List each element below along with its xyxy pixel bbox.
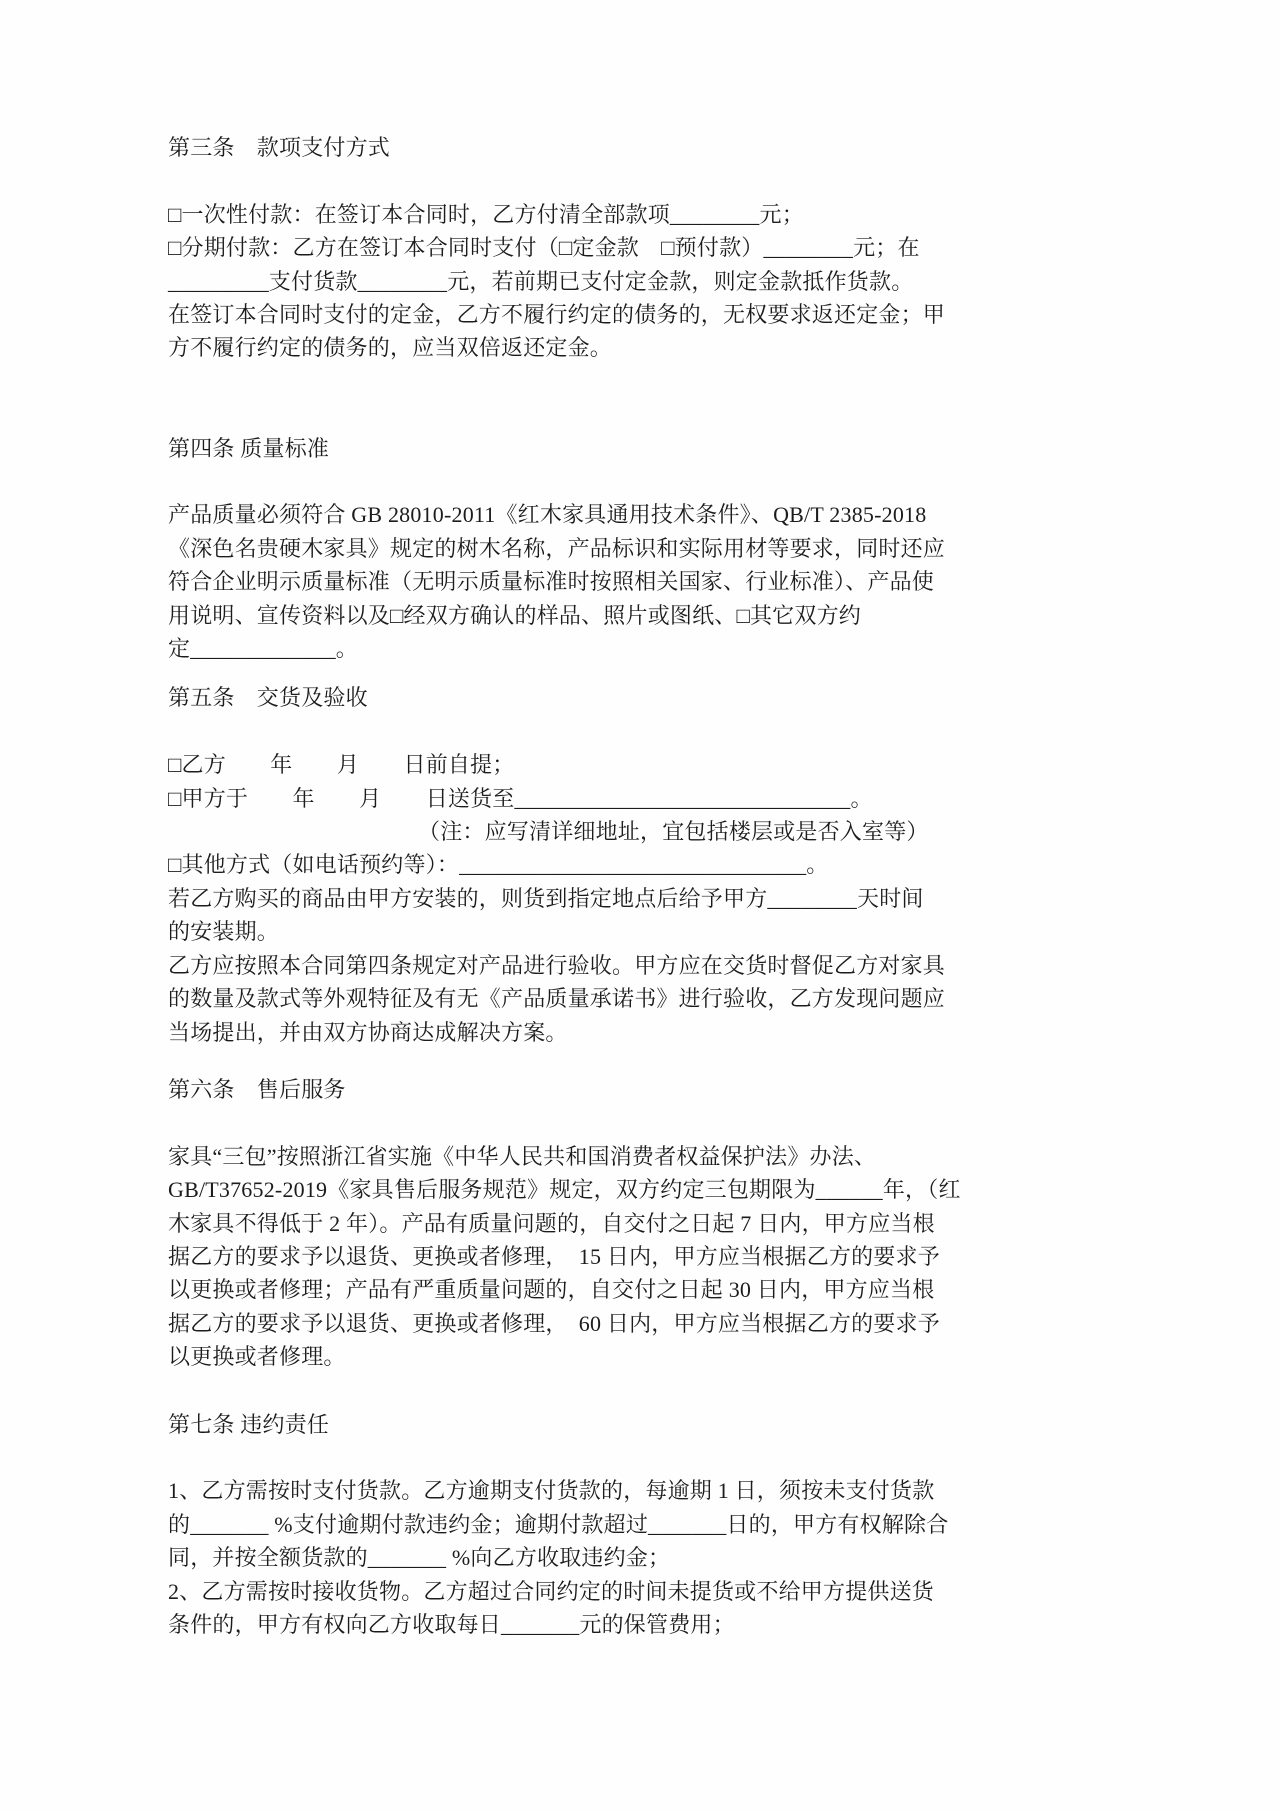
contract-content: 第三条 款项支付方式□一次性付款：在签订本合同时，乙方付清全部款项_______… [168,131,958,1641]
section-heading-5: 第五条 交货及验收 [168,681,958,714]
contract-text-line: 据乙方的要求予以退货、更换或者修理， 15 日内，甲方应当根据乙方的要求予 [168,1240,958,1273]
contract-text-line: _________支付货款________元，若前期已支付定金款，则定金款抵作货… [168,265,958,298]
contract-text-line: 以更换或者修理；产品有严重质量问题的，自交付之日起 30 日内，甲方应当根 [168,1273,958,1306]
contract-text-line: 《深色名贵硬木家具》规定的树木名称，产品标识和实际用材等要求，同时还应 [168,532,958,565]
contract-text-line: 条件的，甲方有权向乙方收取每日_______元的保管费用； [168,1608,958,1641]
section-heading-4: 第四条 质量标准 [168,432,958,465]
contract-text-line: 2、乙方需按时接收货物。乙方超过合同约定的时间未提货或不给甲方提供送货 [168,1575,958,1608]
section-heading-7: 第七条 违约责任 [168,1408,958,1441]
contract-text-line: 的数量及款式等外观特征及有无《产品质量承诺书》进行验收，乙方发现问题应 [168,982,958,1015]
address-note-line: （注：应写清详细地址，宜包括楼层或是否入室等） [168,815,958,848]
contract-text-line: 当场提出，并由双方协商达成解决方案。 [168,1016,958,1049]
contract-text-line: 用说明、宣传资料以及□经双方确认的样品、照片或图纸、□其它双方约 [168,599,958,632]
contract-text-line: 在签订本合同时支付的定金，乙方不履行约定的债务的，无权要求返还定金；甲 [168,298,958,331]
contract-text-line: GB/T37652-2019《家具售后服务规范》规定，双方约定三包期限为____… [168,1173,958,1206]
contract-text-line: 同，并按全额货款的_______ %向乙方收取违约金； [168,1541,958,1574]
contract-text-line: □乙方 年 月 日前自提； [168,748,958,781]
contract-text-line: 木家具不得低于 2 年）。产品有质量问题的，自交付之日起 7 日内，甲方应当根 [168,1207,958,1240]
contract-text-line: 乙方应按照本合同第四条规定对产品进行验收。甲方应在交货时督促乙方对家具 [168,949,958,982]
contract-text-line: 若乙方购买的商品由甲方安装的，则货到指定地点后给予甲方________天时间 [168,882,958,915]
contract-text-line: □甲方于 年 月 日送货至___________________________… [168,782,958,815]
contract-text-line: 方不履行约定的债务的，应当双倍返还定金。 [168,331,958,364]
contract-text-line: 据乙方的要求予以退货、更换或者修理， 60 日内，甲方应当根据乙方的要求予 [168,1307,958,1340]
contract-document-page: 第三条 款项支付方式□一次性付款：在签订本合同时，乙方付清全部款项_______… [0,0,1280,1811]
section-heading-6: 第六条 售后服务 [168,1073,958,1106]
contract-text-line: 家具“三包”按照浙江省实施《中华人民共和国消费者权益保护法》办法、 [168,1140,958,1173]
contract-text-line: 的安装期。 [168,915,958,948]
contract-text-line: 以更换或者修理。 [168,1340,958,1373]
contract-text-line: 1、乙方需按时支付货款。乙方逾期支付货款的，每逾期 1 日，须按未支付货款 [168,1474,958,1507]
contract-text-line: 的_______ %支付逾期付款违约金；逾期付款超过_______日的，甲方有权… [168,1508,958,1541]
contract-text-line: □分期付款：乙方在签订本合同时支付（□定金款 □预付款）________元；在 [168,231,958,264]
contract-text-line: □其他方式（如电话预约等）：__________________________… [168,848,958,881]
contract-text-line: 符合企业明示质量标准（无明示质量标准时按照相关国家、行业标准）、产品使 [168,565,958,598]
contract-text-line: 定_____________。 [168,632,958,665]
section-heading-3: 第三条 款项支付方式 [168,131,958,164]
contract-text-line: □一次性付款：在签订本合同时，乙方付清全部款项________元； [168,198,958,231]
contract-text-line: 产品质量必须符合 GB 28010-2011《红木家具通用技术条件》、QB/T … [168,498,958,531]
